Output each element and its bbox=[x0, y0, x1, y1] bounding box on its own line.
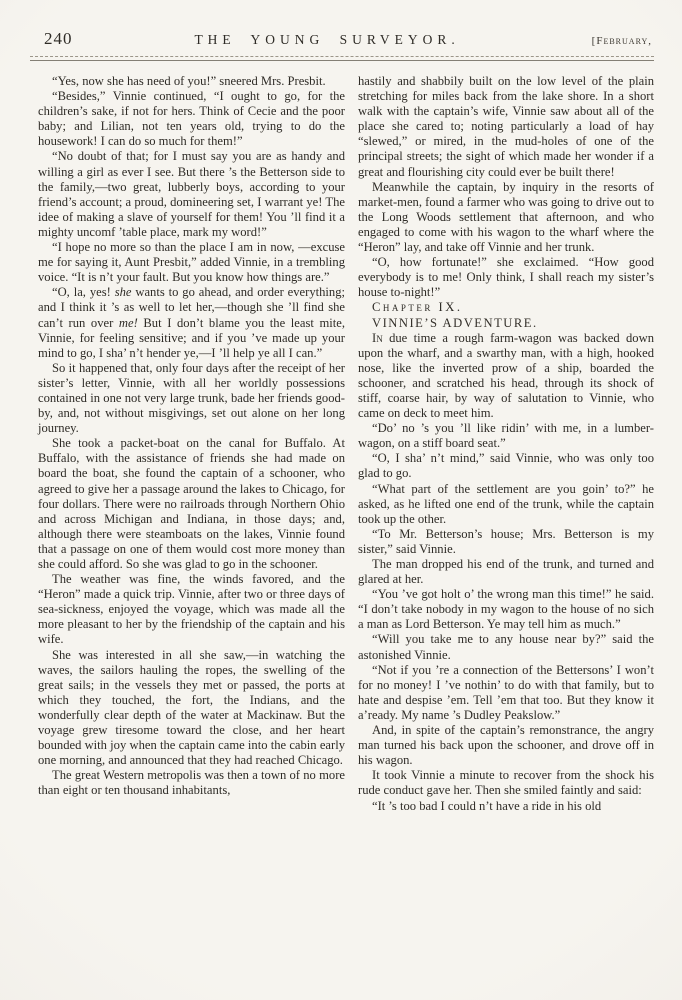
chapter-subtitle: VINNIE’S ADVENTURE. bbox=[358, 316, 654, 331]
page-header: 240 THE YOUNG SURVEYOR. [February, bbox=[0, 0, 682, 49]
paragraph: “I hope no more so than the place I am i… bbox=[38, 240, 345, 285]
paragraph: “Do’ no ’s you ’ll like ridin’ with me, … bbox=[358, 421, 654, 451]
paragraph: “To Mr. Betterson’s house; Mrs. Betterso… bbox=[358, 527, 654, 557]
paragraph: Meanwhile the captain, by inquiry in the… bbox=[358, 180, 654, 255]
paragraph: “Besides,” Vinnie continued, “I ought to… bbox=[38, 89, 345, 149]
paragraph: “O, la, yes! she wants to go ahead, and … bbox=[38, 285, 345, 360]
paragraph: “Yes, now she has need of you!” sneered … bbox=[38, 74, 345, 89]
right-column: hastily and shabbily built on the low le… bbox=[358, 74, 654, 814]
paragraph: “Not if you ’re a connection of the Bett… bbox=[358, 663, 654, 723]
paragraph: “O, I sha’ n’t mind,” said Vinnie, who w… bbox=[358, 451, 654, 481]
paragraph: “No doubt of that; for I must say you ar… bbox=[38, 149, 345, 240]
paragraph: So it happened that, only four days afte… bbox=[38, 361, 345, 436]
paragraph: It took Vinnie a minute to recover from … bbox=[358, 768, 654, 798]
paragraph: “It ’s too bad I could n’t have a ride i… bbox=[358, 799, 654, 814]
paragraph: She was interested in all she saw,—in wa… bbox=[38, 648, 345, 769]
text-columns: “Yes, now she has need of you!” sneered … bbox=[0, 61, 682, 814]
book-page: 240 THE YOUNG SURVEYOR. [February, “Yes,… bbox=[0, 0, 682, 1000]
running-title: THE YOUNG SURVEYOR. bbox=[73, 32, 592, 48]
paragraph: The man dropped his end of the trunk, an… bbox=[358, 557, 654, 587]
paragraph: “You ’ve got holt o’ the wrong man this … bbox=[358, 587, 654, 632]
paragraph: “O, how fortunate!” she exclaimed. “How … bbox=[358, 255, 654, 300]
issue-label: [February, bbox=[592, 35, 652, 47]
paragraph: The weather was fine, the winds favored,… bbox=[38, 572, 345, 647]
header-rule bbox=[30, 56, 654, 61]
paragraph: “Will you take me to any house near by?”… bbox=[358, 632, 654, 662]
paragraph: She took a packet-boat on the canal for … bbox=[38, 436, 345, 572]
paragraph: hastily and shabbily built on the low le… bbox=[358, 74, 654, 180]
paragraph: And, in spite of the captain’s remonstra… bbox=[358, 723, 654, 768]
paragraph: The great Western metropolis was then a … bbox=[38, 768, 345, 798]
page-number: 240 bbox=[44, 29, 73, 49]
paragraph: “What part of the settlement are you goi… bbox=[358, 482, 654, 527]
paragraph: In due time a rough farm-wagon was backe… bbox=[358, 331, 654, 422]
chapter-heading: Chapter IX. bbox=[358, 300, 654, 315]
left-column: “Yes, now she has need of you!” sneered … bbox=[38, 74, 345, 814]
